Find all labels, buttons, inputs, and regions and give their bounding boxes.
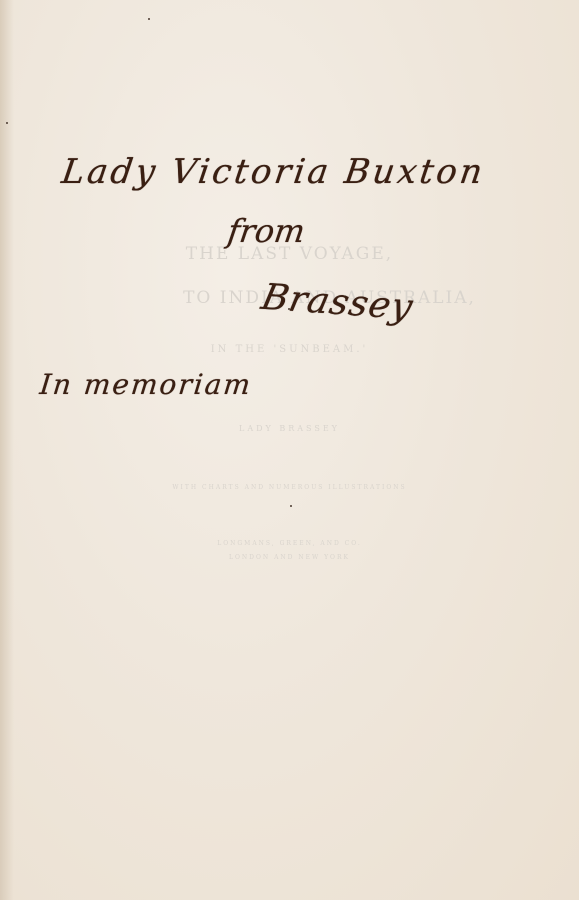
inscription-signature: Brassey (258, 277, 417, 328)
show-through-publisher-1: LONGMANS, GREEN, AND CO. (0, 540, 579, 547)
show-through-imprint: WITH CHARTS AND NUMEROUS ILLUSTRATIONS (0, 484, 579, 491)
inscription-recipient: Lady Victoria Buxton (59, 152, 488, 192)
show-through-author: LADY BRASSEY (0, 424, 579, 433)
ink-speck (6, 122, 8, 124)
book-flyleaf-page: THE LAST VOYAGE, TO INDIA AND AUSTRALIA,… (0, 0, 579, 900)
inscription-from: from (225, 212, 307, 250)
show-through-publisher-2: LONDON AND NEW YORK (0, 554, 579, 561)
ink-speck (288, 308, 290, 310)
ink-speck (148, 18, 150, 20)
ink-speck (290, 505, 292, 507)
inscription-dedication: In memoriam (38, 368, 254, 401)
show-through-title-3: IN THE 'SUNBEAM.' (0, 344, 579, 355)
